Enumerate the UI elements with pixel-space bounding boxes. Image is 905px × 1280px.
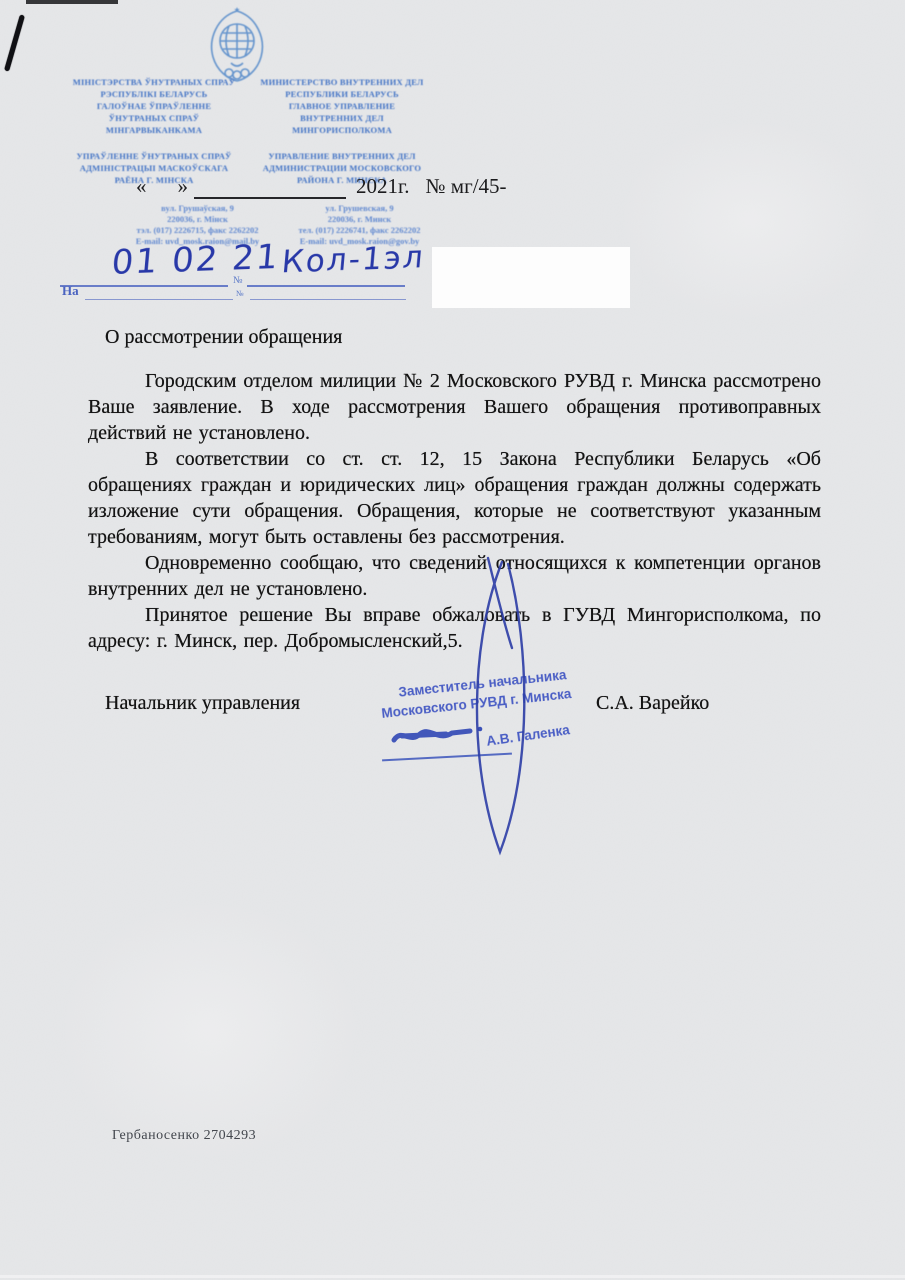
executor-note: Гербаносенко 2704293 xyxy=(112,1128,256,1144)
registration-line-right xyxy=(247,285,405,287)
document-number: № мг/45- xyxy=(426,174,507,199)
handwritten-code: Кол-1эл xyxy=(280,240,426,281)
letterhead-line: УПРАВЛЕНИЕ ВНУТРЕННИХ ДЕЛ xyxy=(248,150,436,162)
letterhead-line: ВНУТРЕННИХ ДЕЛ xyxy=(248,112,436,124)
na-label: На xyxy=(62,283,79,299)
date-blank-line xyxy=(194,177,346,199)
letterhead-line: АДМИНИСТРАЦИИ МОСКОВСКОГО xyxy=(248,162,436,174)
scanned-letter-page: МІНІСТЭРСТВА ЎНУТРАНЫХ СПРАЎ РЭСПУБЛІКІ … xyxy=(0,0,905,1280)
scan-edge-artifact xyxy=(26,0,118,4)
body-paragraph: Принятое решение Вы вправе обжаловать в … xyxy=(88,602,821,654)
body-paragraph: В соответствии со ст. ст. 12, 15 Закона … xyxy=(88,446,821,550)
letterhead-line: РЕСПУБЛИКИ БЕЛАРУСЬ xyxy=(248,88,436,100)
letterhead-line: АДМІНІСТРАЦЫІ МАСКОЎСКАГА xyxy=(60,162,248,174)
coat-of-arms-emblem xyxy=(201,5,273,85)
no-sign: № xyxy=(233,275,243,286)
letterhead-line: ЎНУТРАНЫХ СПРАЎ xyxy=(60,112,248,124)
date-number-line: « » 2021г. № мг/45- xyxy=(136,174,507,199)
no-sign: № xyxy=(236,289,244,298)
year-label: 2021г. xyxy=(356,174,410,199)
letter-body: Городским отделом милиции № 2 Московског… xyxy=(88,368,821,654)
scan-light-patch xyxy=(620,120,880,320)
handwritten-date: 01 02 21 xyxy=(110,237,282,283)
letterhead-line: МИНГОРИСПОЛКОМА xyxy=(248,124,436,136)
subject-line: О рассмотрении обращения xyxy=(105,326,342,349)
signer-name: С.А. Варейко xyxy=(596,692,709,715)
address-line: тэл. (017) 2226715, факс 2262202 xyxy=(110,225,285,236)
letterhead-line: МІНГАРВЫКАНКАМА xyxy=(60,124,248,136)
address-line: ул. Грушевская, 9 xyxy=(272,203,447,214)
stamp-underline xyxy=(382,753,512,762)
body-paragraph: Городским отделом милиции № 2 Московског… xyxy=(88,368,821,446)
letterhead-line: УПРАЎЛЕННЕ ЎНУТРАНЫХ СПРАЎ xyxy=(60,150,248,162)
reference-line-left xyxy=(85,299,233,300)
letterhead-line: ГЛАВНОЕ УПРАВЛЕНИЕ xyxy=(248,100,436,112)
reference-line-right xyxy=(250,299,406,300)
stamp-signer-name: А.В. Галенка xyxy=(485,722,570,749)
scan-edge-bottom xyxy=(0,1275,905,1278)
redaction-box xyxy=(432,247,630,308)
address-line: 220036, г. Мінск xyxy=(110,214,285,225)
letterhead-line: МИНИСТЕРСТВО ВНУТРЕННИХ ДЕЛ xyxy=(248,76,436,88)
scan-light-patch xyxy=(60,900,360,1160)
letterhead-line: ГАЛОЎНАЕ ЎПРАЎЛЕННЕ xyxy=(60,100,248,112)
date-quotes: « » xyxy=(136,174,190,199)
stamp-signature-scribble xyxy=(388,722,498,752)
signer-position: Начальник управления xyxy=(105,692,300,715)
registration-line-left xyxy=(60,285,228,287)
letterhead-right-ministry: МИНИСТЕРСТВО ВНУТРЕННИХ ДЕЛ РЕСПУБЛИКИ Б… xyxy=(248,76,436,136)
address-line: вул. Грушаўская, 9 xyxy=(110,203,285,214)
letterhead-left-ministry: МІНІСТЭРСТВА ЎНУТРАНЫХ СПРАЎ РЭСПУБЛІКІ … xyxy=(60,76,248,136)
letterhead-line: РЭСПУБЛІКІ БЕЛАРУСЬ xyxy=(60,88,248,100)
letterhead-line: МІНІСТЭРСТВА ЎНУТРАНЫХ СПРАЎ xyxy=(60,76,248,88)
body-paragraph: Одновременно сообщаю, что сведений относ… xyxy=(88,550,821,602)
address-line: 220036, г. Минск xyxy=(272,214,447,225)
address-line: тел. (017) 2226741, факс 2262202 xyxy=(272,225,447,236)
pen-mark-top-left xyxy=(4,14,25,71)
